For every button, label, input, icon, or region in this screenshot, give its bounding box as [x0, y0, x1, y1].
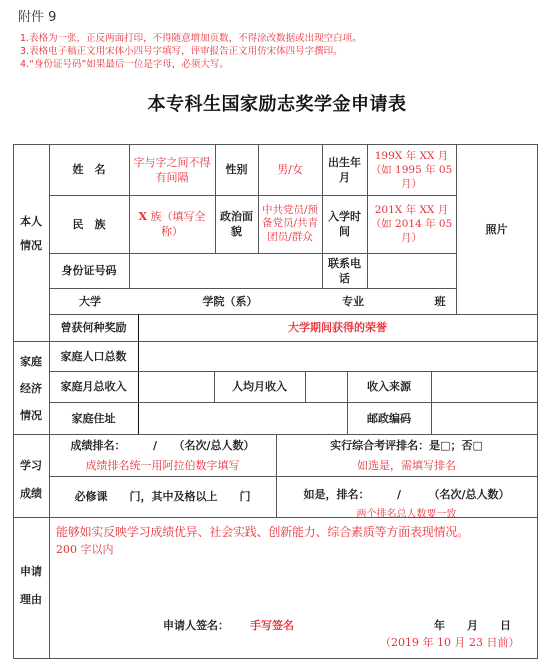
section-label-line: 成绩: [13, 480, 49, 508]
ethnicity-x: X: [138, 210, 147, 223]
section-label-reason: 申请 理由: [13, 558, 49, 614]
political-label: 政治面貌: [220, 195, 253, 253]
awards-label: 曾获何种奖励: [49, 314, 138, 341]
page-title: 本专科生国家励志奖学金申请表: [0, 90, 554, 116]
phone-label: 联系电话: [328, 253, 361, 288]
instruction-note-3: 4.“身份证号码”如果最后一位是字母，必须大写。: [20, 59, 229, 71]
date-field[interactable]: 年 月 日: [434, 617, 511, 633]
section-label-line: 申请: [13, 558, 49, 586]
section-label-line: 经济: [13, 375, 49, 402]
photo-box[interactable]: 照片: [456, 144, 537, 314]
major-label: 专业: [333, 288, 373, 314]
family-members-label: 家庭人口总数: [49, 341, 138, 371]
rank-hint: 成绩排名统一用阿拉伯数字填写: [49, 457, 276, 473]
comprehensive-eval-hint: 如选是，需填写排名: [276, 457, 537, 473]
if-yes-rank-field[interactable]: 如是，排名： / （名次/总人数）: [276, 486, 537, 502]
income-source-field[interactable]: [431, 371, 537, 402]
section-label-line: 情况: [13, 402, 49, 429]
political-field[interactable]: 中共党员/预备党员/共青团员/群众: [260, 195, 320, 253]
birth-label: 出生年月: [328, 144, 361, 195]
postcode-field[interactable]: [431, 402, 537, 434]
ethnicity-hint: 族（填写全称）: [151, 210, 206, 238]
section-label-line: 家庭: [13, 348, 49, 375]
name-field[interactable]: 字与字之间不得有间隔: [133, 144, 211, 195]
section-label-line: 本人: [13, 210, 49, 234]
enroll-label: 入学时间: [328, 195, 361, 253]
university-label: 大学: [70, 288, 110, 314]
instruction-note-1: 1.表格为一张，正反两面打印，不得随意增加页数，不得涂改数据或出现空白项。: [20, 33, 362, 45]
instruction-note-2: 3.表格电子稿正文用宋体小四号字填写，评审报告正文用仿宋体四号字撰印。: [20, 46, 343, 58]
monthly-income-label: 家庭月总收入: [49, 371, 138, 402]
monthly-income-field[interactable]: [138, 371, 214, 402]
signature-label: 申请人签名：: [163, 617, 229, 633]
id-label: 身份证号码: [49, 253, 129, 288]
enroll-field[interactable]: 201X 年 XX 月（如 2014 年 05 月）: [369, 195, 454, 253]
postcode-label: 邮政编码: [347, 402, 431, 434]
family-members-field[interactable]: [138, 341, 537, 371]
college-label: 学院（系）: [195, 288, 265, 314]
required-courses-field[interactable]: 必修课 门，其中及格以上 门: [49, 476, 276, 517]
per-capita-field[interactable]: [305, 371, 347, 402]
section-label-personal: 本人 情况: [13, 210, 49, 258]
section-label-study: 学习 成绩: [13, 452, 49, 508]
gender-field[interactable]: 男/女: [258, 144, 322, 195]
birth-field[interactable]: 199X 年 XX 月（如 1995 年 05 月）: [369, 144, 454, 195]
address-label: 家庭住址: [49, 402, 138, 434]
per-capita-label: 人均月收入: [214, 371, 305, 402]
id-field[interactable]: [129, 253, 322, 288]
comprehensive-eval-field[interactable]: 实行综合考评排名：是□；否□: [276, 437, 537, 453]
awards-field[interactable]: 大学期间获得的荣誉: [138, 314, 537, 341]
section-label-family: 家庭 经济 情况: [13, 348, 49, 429]
ethnicity-field[interactable]: X 族（填写全称）: [131, 195, 213, 253]
address-field[interactable]: [138, 402, 347, 434]
reason-hint-line2: 200 字以内: [56, 541, 114, 557]
income-source-label: 收入来源: [347, 371, 431, 402]
table-border-bottom: [13, 658, 538, 659]
name-label: 姓 名: [49, 144, 129, 195]
attachment-label: 附件 9: [18, 6, 56, 25]
rank-field[interactable]: 成绩排名： / （名次/总人数）: [49, 437, 276, 453]
class-label: 班: [430, 288, 450, 314]
section-label-line: 理由: [13, 586, 49, 614]
deadline-hint: （2019 年 10 月 23 日前）: [380, 634, 519, 650]
reason-hint-line1: 能够如实反映学习成绩优异、社会实践、创新能力、综合素质等方面表现情况。: [56, 523, 469, 540]
col-line: [322, 144, 323, 288]
gender-label: 性别: [215, 144, 258, 195]
phone-field[interactable]: [367, 253, 456, 288]
section-label-line: 情况: [13, 234, 49, 258]
ethnicity-label: 民 族: [49, 195, 129, 253]
signature-field[interactable]: 手写签名: [250, 617, 294, 633]
section-label-line: 学习: [13, 452, 49, 480]
